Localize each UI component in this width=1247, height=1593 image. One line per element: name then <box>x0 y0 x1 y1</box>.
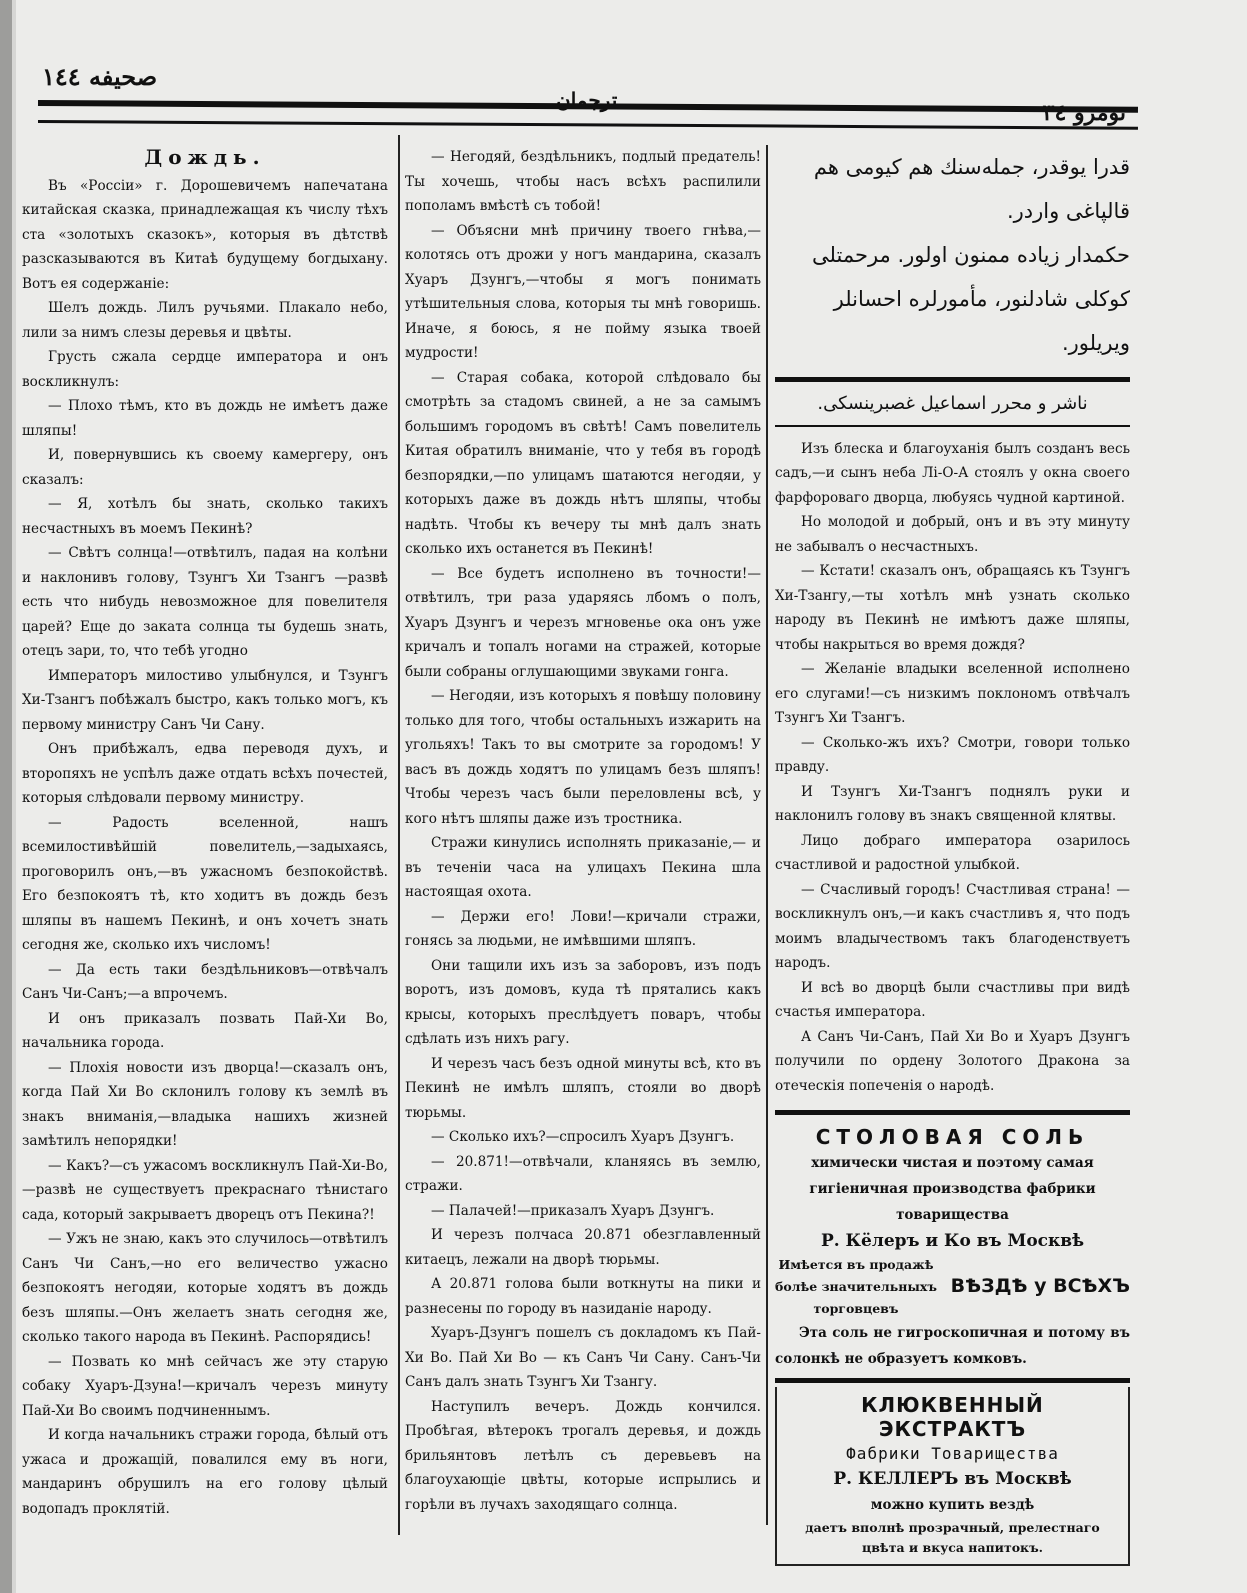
column-2-paragraphs: — Негодяй, бездѣльникъ, подлый предатель… <box>405 145 761 1517</box>
column-1-paragraphs: Въ «Россіи» г. Дорошевичемъ напечатана к… <box>22 174 388 1522</box>
article-paragraph: И Тзунгъ Хи-Тзангъ поднялъ руки и наклон… <box>775 780 1130 829</box>
article-paragraph: Лицо добраго императора озарилось счастл… <box>775 829 1130 878</box>
arabic-paragraph: قدرا يوقدر، جمله‌سنك هم كيومى هم قالپاغى… <box>775 145 1130 233</box>
divider <box>775 1378 1130 1383</box>
article-paragraph: — Старая собака, которой слѣдовало бы см… <box>405 366 761 562</box>
article-paragraph: Грусть сжала сердце императора и онъ вос… <box>22 345 388 394</box>
article-paragraph: — Плохо тѣмъ, кто въ дождь не имѣетъ даж… <box>22 394 388 443</box>
article-paragraph: — Кстати! сказалъ онъ, обращаясь къ Тзун… <box>775 559 1130 657</box>
article-paragraph: — Сколько-жъ ихъ? Смотри, говори только … <box>775 731 1130 780</box>
article-paragraph: И, повернувшись къ своему камергеру, онъ… <box>22 443 388 492</box>
divider <box>775 1110 1130 1115</box>
column-3: قدرا يوقدر، جمله‌سنك هم كيومى هم قالپاغى… <box>775 145 1130 1566</box>
divider <box>775 377 1130 382</box>
column-divider <box>766 145 768 1525</box>
page-edge-shadow <box>0 0 12 1593</box>
ad-everywhere: ВѢЗДѢ у ВСѢХЪ <box>951 1274 1130 1299</box>
column-divider <box>398 135 400 1535</box>
ad-note: Эта соль не гигроскопичная и потому въ с… <box>775 1320 1130 1372</box>
column-3-paragraphs: Изъ блеска и благоуханія былъ созданъ ве… <box>775 437 1130 1099</box>
article-paragraph: И онъ приказалъ позвать Пай-Хи Во, начал… <box>22 1007 388 1056</box>
article-paragraph: Императоръ милостиво улыбнулся, и Тзунгъ… <box>22 664 388 738</box>
issue-number: نومرو ٣٤ <box>1043 100 1126 126</box>
divider <box>775 425 1130 427</box>
article-paragraph: — Объясни мнѣ причину твоего гнѣва,— кол… <box>405 219 761 366</box>
ad-line: торговцевъ <box>775 1298 937 1320</box>
article-title: Дождь. <box>22 145 388 170</box>
ad-line: можно купить вездѣ <box>785 1492 1120 1518</box>
article-paragraph: — Я, хотѣлъ бы знать, сколько такихъ нес… <box>22 492 388 541</box>
article-paragraph: И когда начальникъ стражи города, бѣлый … <box>22 1423 388 1521</box>
article-paragraph: Изъ блеска и благоуханія былъ созданъ ве… <box>775 437 1130 511</box>
ad-headline: КЛЮКВЕННЫЙ ЭКСТРАКТЪ <box>785 1393 1120 1442</box>
article-paragraph: — Желаніе владыки вселенной исполнено ег… <box>775 657 1130 731</box>
article-paragraph: Но молодой и добрый, онъ и въ эту минуту… <box>775 510 1130 559</box>
article-paragraph: Наступилъ вечеръ. Дождь кончился. Пробѣг… <box>405 1395 761 1518</box>
article-paragraph: — Держи его! Лови!—кричали стражи, гоняс… <box>405 905 761 954</box>
ad-availability-text: Имѣется въ продажѣ болѣе значительныхъ т… <box>775 1254 937 1320</box>
ad-description: даетъ вполнѣ прозрачный, прелестнаго цвѣ… <box>785 1518 1120 1558</box>
article-paragraph: — Палачей!—приказалъ Хуаръ Дзунгъ. <box>405 1199 761 1224</box>
ad-subheadline: Фабрики Товарищества <box>785 1442 1120 1467</box>
arabic-text-block: قدرا يوقدر، جمله‌سنك هم كيومى هم قالپاغى… <box>775 145 1130 365</box>
ad-firm: Р. Кёлеръ и Ко въ Москвѣ <box>775 1228 1130 1254</box>
article-paragraph: — Ужъ не знаю, какъ это случилось—отвѣти… <box>22 1227 388 1350</box>
article-paragraph: — Свѣтъ солнца!—отвѣтилъ, падая на колѣн… <box>22 541 388 664</box>
ad-firm: Р. КЕЛЛЕРЪ въ Москвѣ <box>785 1466 1120 1492</box>
ad-headline: СТОЛОВАЯ СОЛЬ <box>775 1125 1130 1150</box>
article-paragraph: Въ «Россіи» г. Дорошевичемъ напечатана к… <box>22 174 388 297</box>
newspaper-page: صحيفه ١٤٤ ترجمان نومرو ٣٤ Дождь. Въ «Рос… <box>0 0 1247 1593</box>
article-paragraph: Онъ прибѣжалъ, едва переводя духъ, и вто… <box>22 737 388 811</box>
article-paragraph: Стражи кинулись исполнять приказаніе,— и… <box>405 831 761 905</box>
article-paragraph: — Плохія новости изъ дворца!—сказалъ онъ… <box>22 1056 388 1154</box>
article-paragraph: — Какъ?—съ ужасомъ воскликнулъ Пай-Хи-Во… <box>22 1154 388 1228</box>
article-paragraph: А 20.871 голова были воткнуты на пики и … <box>405 1272 761 1321</box>
arabic-paragraph: حكمدار زياده ممنون اولور. مرحمتلى كوكلى … <box>775 233 1130 365</box>
ad-availability: Имѣется въ продажѣ болѣе значительныхъ т… <box>775 1254 1130 1320</box>
article-paragraph: Хуаръ-Дзунгъ пошелъ съ докладомъ къ Пай-… <box>405 1321 761 1395</box>
article-paragraph: — 20.871!—отвѣчали, кланяясь въ землю, с… <box>405 1150 761 1199</box>
article-column-2: — Негодяй, бездѣльникъ, подлый предатель… <box>405 145 761 1517</box>
article-paragraph: И черезъ часъ безъ одной минуты всѣ, кто… <box>405 1052 761 1126</box>
advertisement-cranberry-extract: КЛЮКВЕННЫЙ ЭКСТРАКТЪ Фабрики Товариществ… <box>775 1387 1130 1567</box>
article-paragraph: Шелъ дождь. Лилъ ручьями. Плакало небо, … <box>22 296 388 345</box>
ad-line: болѣе значительныхъ <box>775 1276 937 1298</box>
article-paragraph: — Радость вселенной, нашъ всемилостивѣйш… <box>22 811 388 958</box>
article-paragraph: Они тащили ихъ изъ за заборовъ, изъ подъ… <box>405 954 761 1052</box>
masthead-rule-thin <box>38 120 1138 130</box>
ad-line: Имѣется въ продажѣ <box>775 1254 937 1276</box>
article-paragraph: — Позвать ко мнѣ сейчасъ же эту старую с… <box>22 1350 388 1424</box>
article-paragraph: А Санъ Чи-Санъ, Пай Хи Во и Хуаръ Дзунгъ… <box>775 1025 1130 1099</box>
article-column-1: Дождь. Въ «Россіи» г. Дорошевичемъ напеч… <box>22 145 388 1521</box>
page-number: صحيفه ١٤٤ <box>42 62 157 91</box>
article-paragraph: — Да есть таки бездѣльниковъ—отвѣчалъ Са… <box>22 958 388 1007</box>
advertisement-table-salt: СТОЛОВАЯ СОЛЬ химически чистая и поэтому… <box>775 1125 1130 1372</box>
ad-line: товарищества <box>775 1202 1130 1228</box>
ad-line: гигіеничная производства фабрики <box>775 1176 1130 1202</box>
article-paragraph: — Счасливый городъ! Счастливая страна! —… <box>775 878 1130 976</box>
page-edge-highlight <box>12 0 16 1593</box>
ad-line: химически чистая и поэтому самая <box>775 1150 1130 1176</box>
article-paragraph: И черезъ полчаса 20.871 обезглавленный к… <box>405 1223 761 1272</box>
article-paragraph: — Сколько ихъ?—спросилъ Хуаръ Дзунгъ. <box>405 1125 761 1150</box>
publisher-line: ناشر و محرر اسماعيل غصبرينسكى. <box>775 392 1130 417</box>
article-paragraph: И всѣ во дворцѣ были счастливы при видѣ … <box>775 976 1130 1025</box>
article-paragraph: — Все будетъ исполнено въ точности!— отв… <box>405 562 761 685</box>
article-paragraph: — Негодяй, бездѣльникъ, подлый предатель… <box>405 145 761 219</box>
article-paragraph: — Негодяи, изъ которыхъ я повѣшу половин… <box>405 684 761 831</box>
